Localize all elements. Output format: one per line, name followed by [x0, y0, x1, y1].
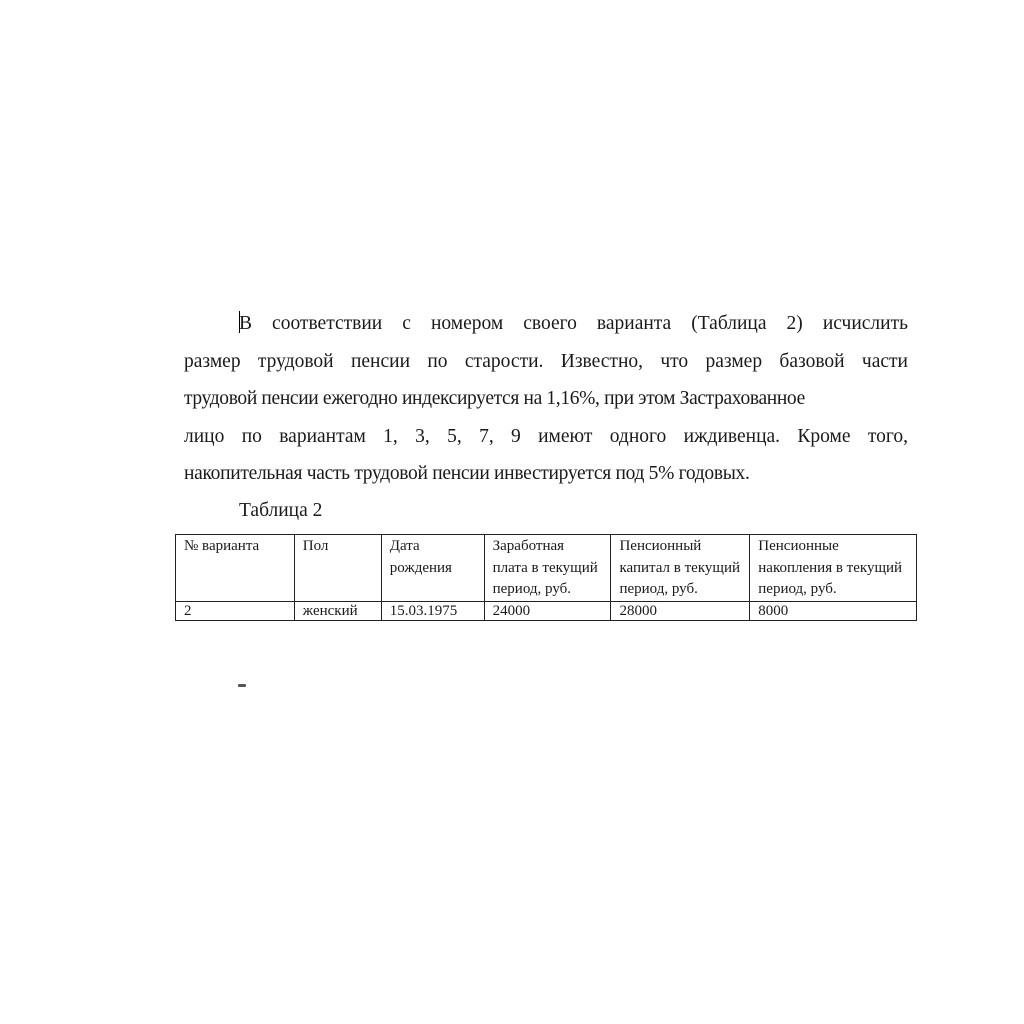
paragraph-line-2[interactable]: размер трудовой пенсии по старости. Изве… — [184, 343, 908, 381]
header-pension-capital[interactable]: Пенсионный капитал в текущий период, руб… — [611, 535, 750, 602]
variants-table: № варианта Пол Дата рождения Заработная … — [175, 534, 917, 621]
cell-pension-savings[interactable]: 8000 — [750, 601, 917, 620]
paragraph-line-3[interactable]: трудовой пенсии ежегодно индексируется н… — [184, 380, 908, 418]
paragraph-line-4[interactable]: лицо по вариантам 1, 3, 5, 7, 9 имеют од… — [184, 418, 908, 456]
table-header-row: № варианта Пол Дата рождения Заработная … — [176, 535, 917, 602]
header-salary[interactable]: Заработная плата в текущий период, руб. — [484, 535, 611, 602]
header-variant-number[interactable]: № варианта — [176, 535, 295, 602]
paragraph-line-1[interactable]: В соответствии с номером своего варианта… — [184, 305, 908, 343]
cell-gender[interactable]: женский — [294, 601, 381, 620]
cell-variant-number[interactable]: 2 — [176, 601, 295, 620]
cell-salary[interactable]: 24000 — [484, 601, 611, 620]
table-caption[interactable]: Таблица 2 — [239, 492, 322, 529]
cell-pension-capital[interactable]: 28000 — [611, 601, 750, 620]
task-paragraph: В соответствии с номером своего варианта… — [184, 305, 908, 493]
header-pension-savings[interactable]: Пенсионные накопления в текущий период, … — [750, 535, 917, 602]
header-birth-date[interactable]: Дата рождения — [381, 535, 484, 602]
clipped-text-fragment — [238, 684, 246, 687]
cell-birth-date[interactable]: 15.03.1975 — [381, 601, 484, 620]
paragraph-line-5[interactable]: накопительная часть трудовой пенсии инве… — [184, 455, 908, 493]
table-row: 2 женский 15.03.1975 24000 28000 8000 — [176, 601, 917, 620]
header-gender[interactable]: Пол — [294, 535, 381, 602]
